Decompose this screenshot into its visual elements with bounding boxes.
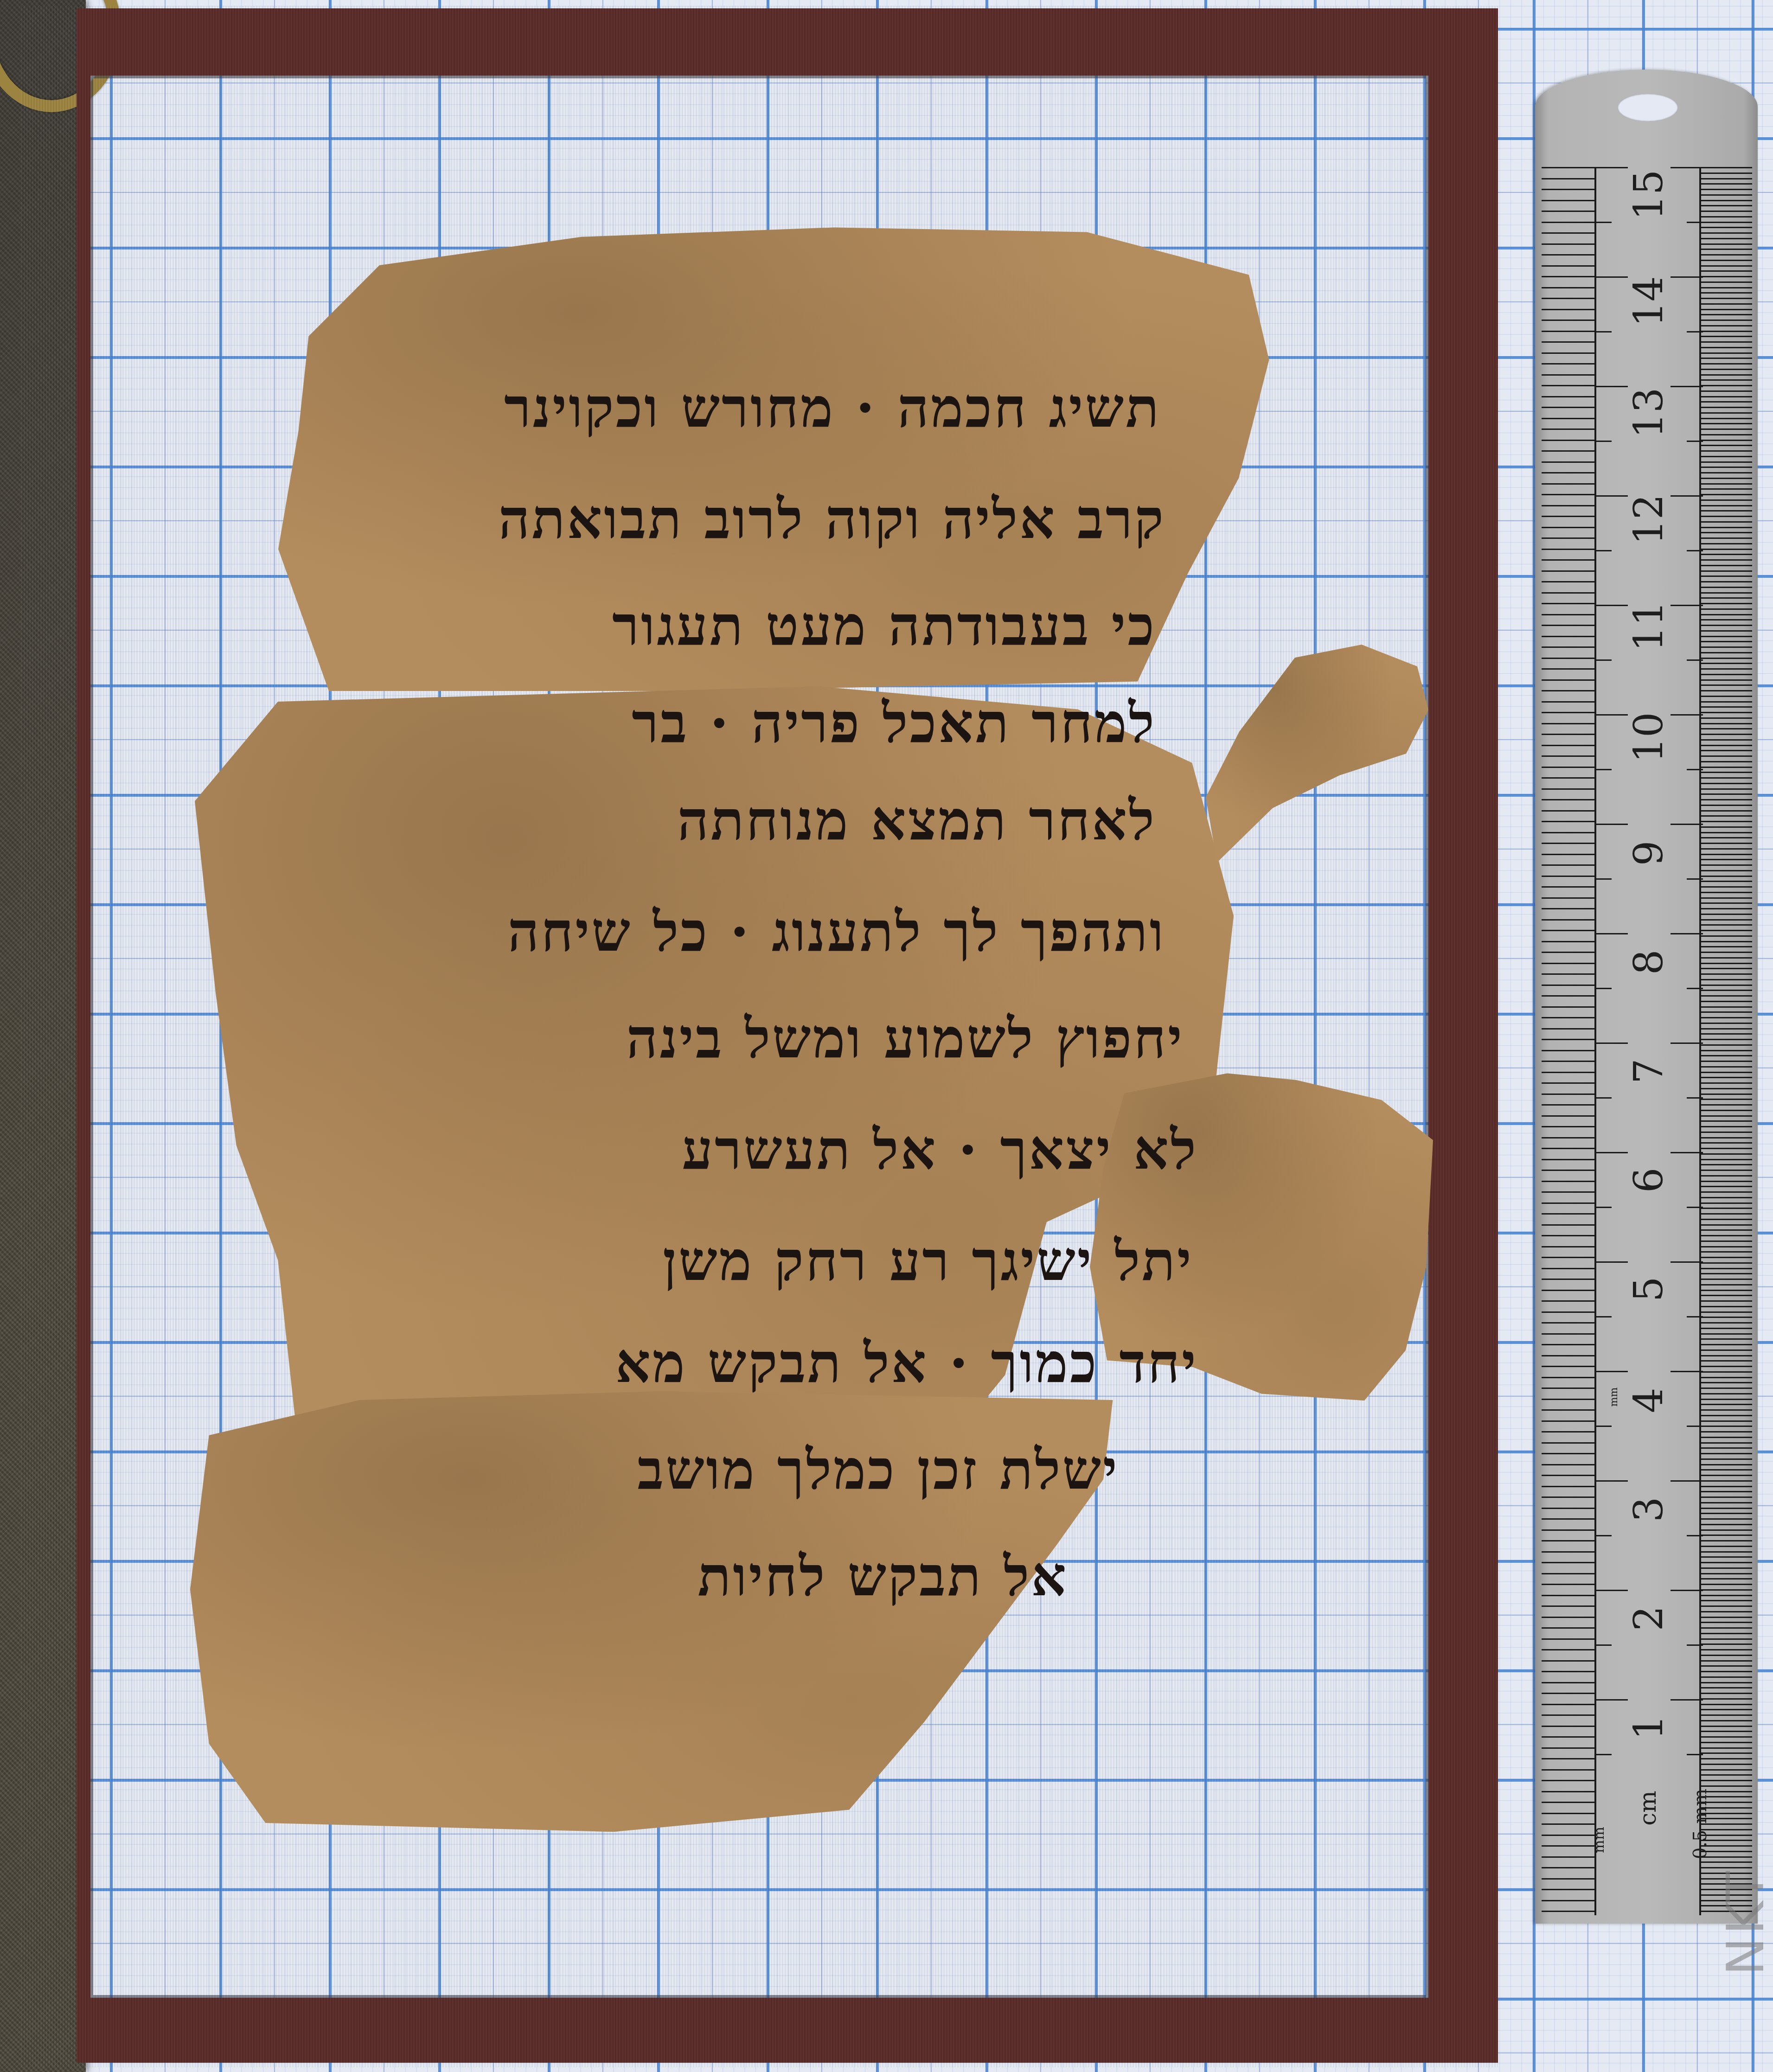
ruler-number-13: 13	[1626, 396, 1672, 438]
ruler-half-mm-ticks	[1701, 167, 1752, 1915]
ruler-small-mm-label: mm	[1608, 1388, 1620, 1407]
ruler-number-11: 11	[1626, 610, 1672, 652]
ruler-number-5: 5	[1626, 1268, 1672, 1310]
half-cm-mark	[1595, 1207, 1703, 1208]
ruler-number-1: 1	[1626, 1707, 1672, 1748]
half-cm-mark	[1595, 441, 1703, 442]
half-cm-mark	[1595, 331, 1703, 333]
ruler-number-9: 9	[1626, 832, 1672, 874]
ruler-number-6: 6	[1626, 1159, 1672, 1201]
ruler-mm-ticks	[1542, 167, 1595, 1915]
cm-mark	[1595, 933, 1703, 934]
cm-mark	[1595, 1371, 1703, 1372]
manuscript-line-3: כי בעבודתה מעט תעגור	[612, 598, 1156, 653]
manuscript-line-11: ישלת זכן כמלך מושב	[637, 1442, 1119, 1497]
half-cm-mark	[1595, 550, 1703, 551]
half-cm-mark	[1595, 1316, 1703, 1317]
manuscript-line-4: למחר תאכל פריה · בר	[632, 696, 1156, 750]
ruler-unit-half-mm: 0.5 mm	[1690, 1789, 1711, 1859]
half-cm-mark	[1595, 1097, 1703, 1099]
cm-mark	[1595, 167, 1703, 168]
ruler-number-4: 4	[1626, 1380, 1672, 1421]
half-cm-mark	[1595, 1754, 1703, 1755]
manuscript-line-12: אל תבקש לחיות	[698, 1549, 1068, 1604]
manuscript-line-6: ותהפך לך לתענוג · כל שיחה	[508, 904, 1165, 959]
half-cm-mark	[1595, 659, 1703, 661]
half-cm-mark	[1595, 1535, 1703, 1536]
binding-shadow	[0, 0, 86, 1252]
ruler-unit-cm: cm	[1634, 1791, 1661, 1825]
cloth-binding-strip	[0, 0, 86, 2072]
half-cm-mark	[1595, 1644, 1703, 1646]
ruler-number-14: 14	[1626, 285, 1672, 327]
manuscript-line-7: יחפוץ לשמוע ומשל בינה	[627, 1011, 1184, 1066]
ruler-number-2: 2	[1626, 1598, 1672, 1639]
cm-mark	[1595, 1261, 1703, 1263]
cm-mark	[1595, 1480, 1703, 1482]
cm-mark	[1595, 1152, 1703, 1153]
half-cm-mark	[1595, 222, 1703, 223]
manuscript-line-1: תשיג חכמה · מחורש וכקוינר	[504, 380, 1161, 435]
ruler-unit-mm: mm	[1591, 1827, 1607, 1853]
ruler-number-10: 10	[1626, 721, 1672, 763]
ruler-number-8: 8	[1626, 941, 1672, 983]
manuscript-line-5: לאחר תמצא מנוחתה	[677, 793, 1156, 848]
manuscript-line-9: יתל ישיגך רע רחק משן	[663, 1234, 1193, 1288]
cm-mark	[1595, 1590, 1703, 1591]
manuscript-line-2: קרב אליה וקוה לרוב תבואתה	[499, 492, 1165, 546]
ruler-number-7: 7	[1626, 1050, 1672, 1092]
manuscript-line-8: לא יצאך · אל תעשרע	[682, 1122, 1198, 1177]
cm-mark	[1595, 1699, 1703, 1701]
ruler-number-15: 15	[1626, 179, 1672, 220]
half-cm-mark	[1595, 1426, 1703, 1427]
manuscript-line-10: יחד כמוך · אל תבקש מא	[615, 1336, 1198, 1390]
ruler-hang-hole	[1618, 94, 1678, 122]
ruler-rail-right	[1699, 167, 1701, 1915]
half-cm-mark	[1595, 769, 1703, 770]
half-cm-mark	[1595, 988, 1703, 989]
measurement-ruler: 15 14 13 12 11 10 9 8 7 6 5 4 3 2 1 cm m…	[1535, 70, 1758, 1924]
cm-mark	[1595, 386, 1703, 387]
ruler-number-12: 12	[1626, 503, 1672, 545]
cm-mark	[1595, 1042, 1703, 1044]
ruler-rail-left	[1594, 167, 1596, 1915]
ruler-number-3: 3	[1626, 1489, 1672, 1530]
half-cm-mark	[1595, 878, 1703, 880]
cm-mark	[1595, 824, 1703, 825]
nkt-watermark: NKT	[1716, 1868, 1773, 1976]
